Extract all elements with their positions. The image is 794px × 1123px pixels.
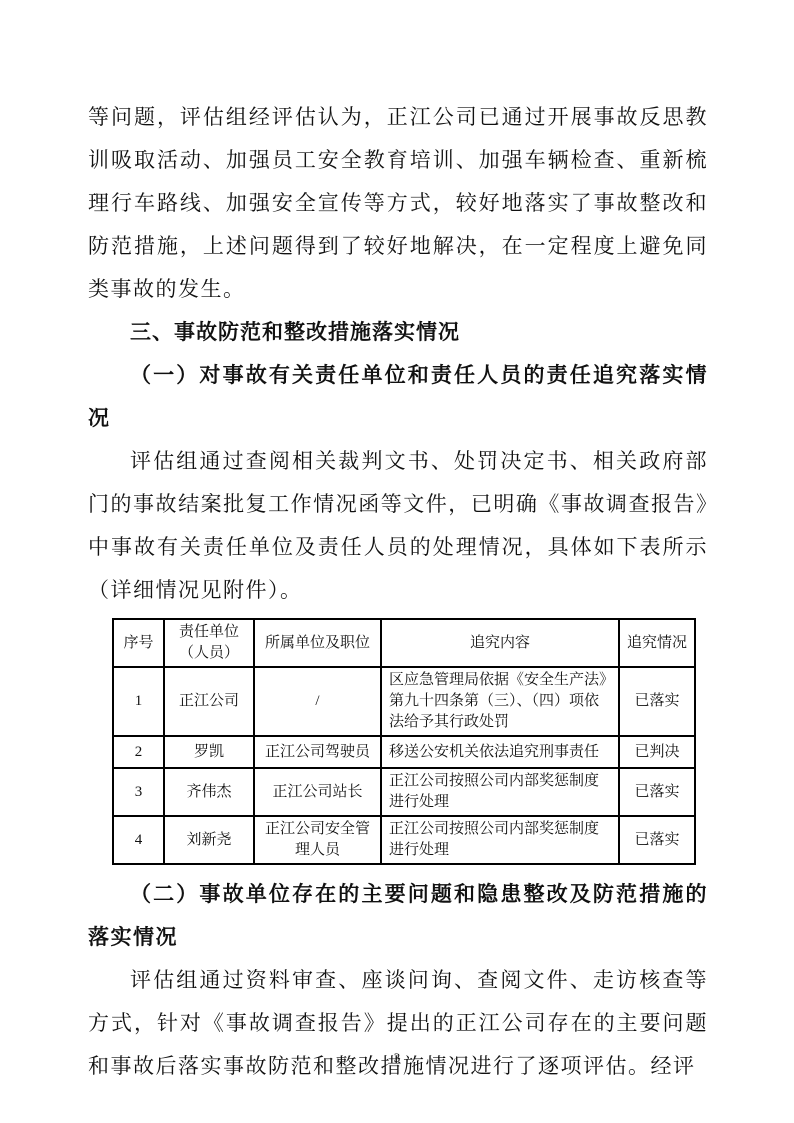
cell-unit: 正江公司 <box>164 667 254 736</box>
paragraph-responsibility-intro: 评估组通过查阅相关裁判文书、处罚决定书、相关政府部门的事故结案批复工作情况函等文… <box>88 440 708 612</box>
document-content: 等问题，评估组经评估认为，正江公司已通过开展事故反思教训吸取活动、加强员工安全教… <box>88 96 708 1088</box>
cell-index: 4 <box>113 816 164 864</box>
subsection-heading-2: （二）事故单位存在的主要问题和隐患整改及防范措施的落实情况 <box>88 873 708 959</box>
cell-index: 2 <box>113 736 164 768</box>
cell-position: 正江公司站长 <box>254 768 381 816</box>
cell-status: 已落实 <box>619 667 695 736</box>
cell-status: 已落实 <box>619 768 695 816</box>
subsection-heading-1: （一）对事故有关责任单位和责任人员的责任追究落实情况 <box>88 354 708 440</box>
cell-content: 区应急管理局依据《安全生产法》第九十四条第（三）、（四）项依法给予其行政处罚 <box>381 667 619 736</box>
table-row: 1 正江公司 / 区应急管理局依据《安全生产法》第九十四条第（三）、（四）项依法… <box>113 667 695 736</box>
document-page: 等问题，评估组经评估认为，正江公司已通过开展事故反思教训吸取活动、加强员工安全教… <box>0 0 794 1123</box>
table-row: 4 刘新尧 正江公司安全管理人员 正江公司按照公司内部奖惩制度进行处理 已落实 <box>113 816 695 864</box>
table-header-status: 追究情况 <box>619 619 695 667</box>
paragraph-evaluation: 评估组通过资料审查、座谈问询、查阅文件、走访核查等方式，针对《事故调查报告》提出… <box>88 959 708 1088</box>
table-header-index: 序号 <box>113 619 164 667</box>
cell-unit: 刘新尧 <box>164 816 254 864</box>
responsibility-table: 序号 责任单位（人员） 所属单位及职位 追究内容 追究情况 1 正江公司 / 区… <box>112 618 696 865</box>
cell-position: / <box>254 667 381 736</box>
table-header-unit: 责任单位（人员） <box>164 619 254 667</box>
cell-content: 正江公司按照公司内部奖惩制度进行处理 <box>381 768 619 816</box>
table-header-content: 追究内容 <box>381 619 619 667</box>
table-header-row: 序号 责任单位（人员） 所属单位及职位 追究内容 追究情况 <box>113 619 695 667</box>
table-row: 3 齐伟杰 正江公司站长 正江公司按照公司内部奖惩制度进行处理 已落实 <box>113 768 695 816</box>
cell-index: 1 <box>113 667 164 736</box>
paragraph-continuation: 等问题，评估组经评估认为，正江公司已通过开展事故反思教训吸取活动、加强员工安全教… <box>88 96 708 311</box>
cell-position: 正江公司安全管理人员 <box>254 816 381 864</box>
table-row: 2 罗凯 正江公司驾驶员 移送公安机关依法追究刑事责任 已判决 <box>113 736 695 768</box>
cell-index: 3 <box>113 768 164 816</box>
section-heading-3: 三、事故防范和整改措施落实情况 <box>88 311 708 354</box>
cell-content: 移送公安机关依法追究刑事责任 <box>381 736 619 768</box>
cell-position: 正江公司驾驶员 <box>254 736 381 768</box>
cell-status: 已判决 <box>619 736 695 768</box>
cell-unit: 齐伟杰 <box>164 768 254 816</box>
table-header-position: 所属单位及职位 <box>254 619 381 667</box>
page-number: 3 <box>0 1050 794 1066</box>
cell-content: 正江公司按照公司内部奖惩制度进行处理 <box>381 816 619 864</box>
cell-unit: 罗凯 <box>164 736 254 768</box>
cell-status: 已落实 <box>619 816 695 864</box>
